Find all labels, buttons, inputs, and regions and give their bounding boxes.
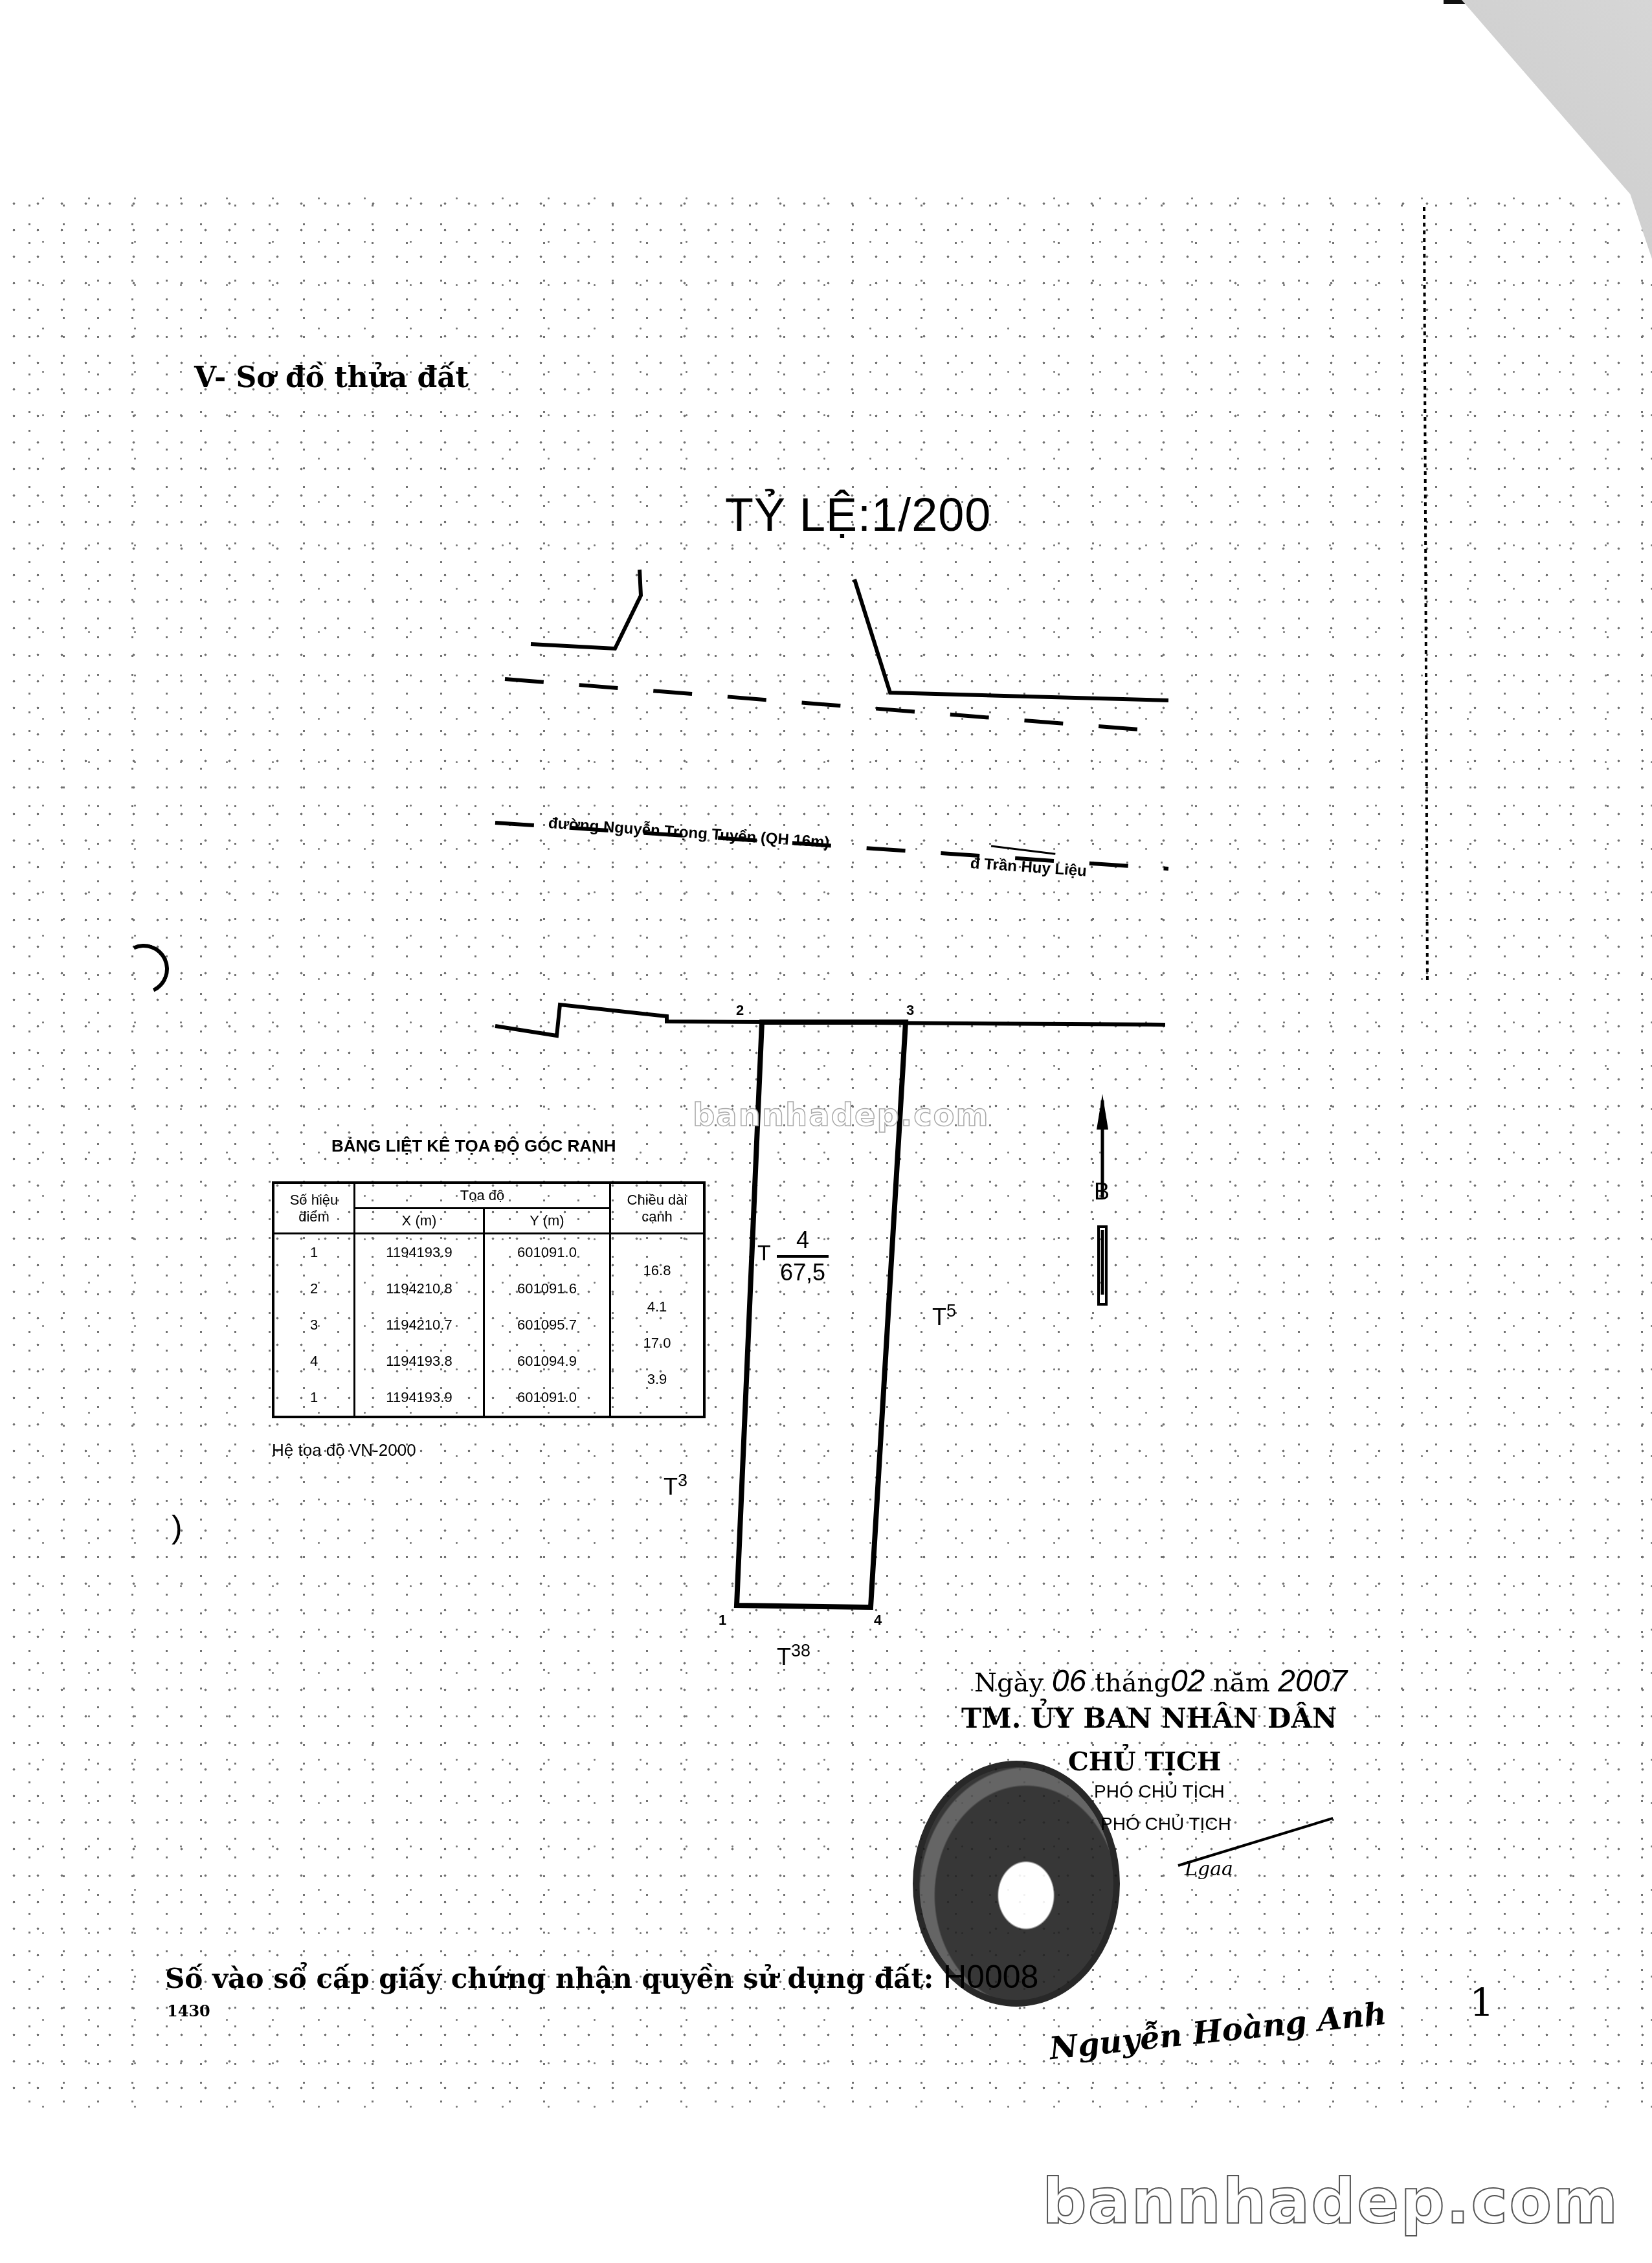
coordinate-system: Hệ tọa độ VN-2000 <box>272 1440 416 1460</box>
issue-date: Ngày 06 tháng02 năm 2007 <box>974 1664 1347 1699</box>
header-coords: Tọa độ <box>355 1183 610 1209</box>
parcel-label: T 4 67,5 <box>777 1227 829 1286</box>
doc-number: 1430 <box>167 2001 210 2020</box>
point-label: 1 <box>719 1612 726 1629</box>
north-arrow: B <box>1094 1100 1113 1308</box>
table-row: 11194193.9601091.0 <box>273 1379 704 1417</box>
signer-title-stamp: PHÓ CHỦ TỊCH <box>1100 1814 1231 1834</box>
parcel-area: 67,5 <box>777 1258 829 1286</box>
point-label: 2 <box>736 1002 744 1019</box>
table-row: 21194210.8601091.6 4.1 <box>273 1271 704 1307</box>
header-y: Y (m) <box>484 1209 610 1234</box>
table-row: 41194193.8601094.9 3.9 <box>273 1343 704 1379</box>
signer-title-stamp: PHÓ CHỦ TỊCH <box>1094 1781 1225 1802</box>
parcel-prefix: T <box>757 1241 771 1266</box>
header-x: X (m) <box>355 1209 484 1234</box>
coord-table: Số hiệuđiểm Tọa độ Chiều dàicạnh X (m) Y… <box>272 1181 706 1418</box>
header-length: Chiều dàicạnh <box>610 1183 705 1234</box>
coord-table-title: BẢNG LIỆT KÊ TỌA ĐỘ GÓC RANH <box>331 1136 616 1156</box>
signer-title: CHỦ TỊCH <box>1068 1746 1222 1777</box>
neighbor-parcel: T5 <box>932 1301 956 1331</box>
page-mark: 1 <box>1469 1981 1494 2026</box>
neighbor-parcel: T38 <box>777 1641 810 1671</box>
punch-mark: ) <box>172 1508 183 1546</box>
header-point: Số hiệuđiểm <box>273 1183 355 1234</box>
watermark: bannhadep.com <box>1042 2165 1619 2238</box>
table-row: 11194193.9601091.0 16.8 <box>273 1234 704 1271</box>
point-label: 4 <box>874 1612 882 1629</box>
point-label: 3 <box>906 1002 914 1019</box>
registration-line: Số vào sổ cấp giấy chứng nhận quyền sử d… <box>165 1958 1038 1996</box>
watermark: bannhadep.com <box>693 1097 990 1133</box>
north-label: B <box>1094 1178 1110 1205</box>
table-row: 31194210.7601095.7 17.0 <box>273 1307 704 1343</box>
issuing-org: TM. ỦY BAN NHÂN DÂN <box>961 1702 1337 1734</box>
parcel-number: 4 <box>777 1227 829 1258</box>
neighbor-parcel: T3 <box>664 1471 687 1500</box>
